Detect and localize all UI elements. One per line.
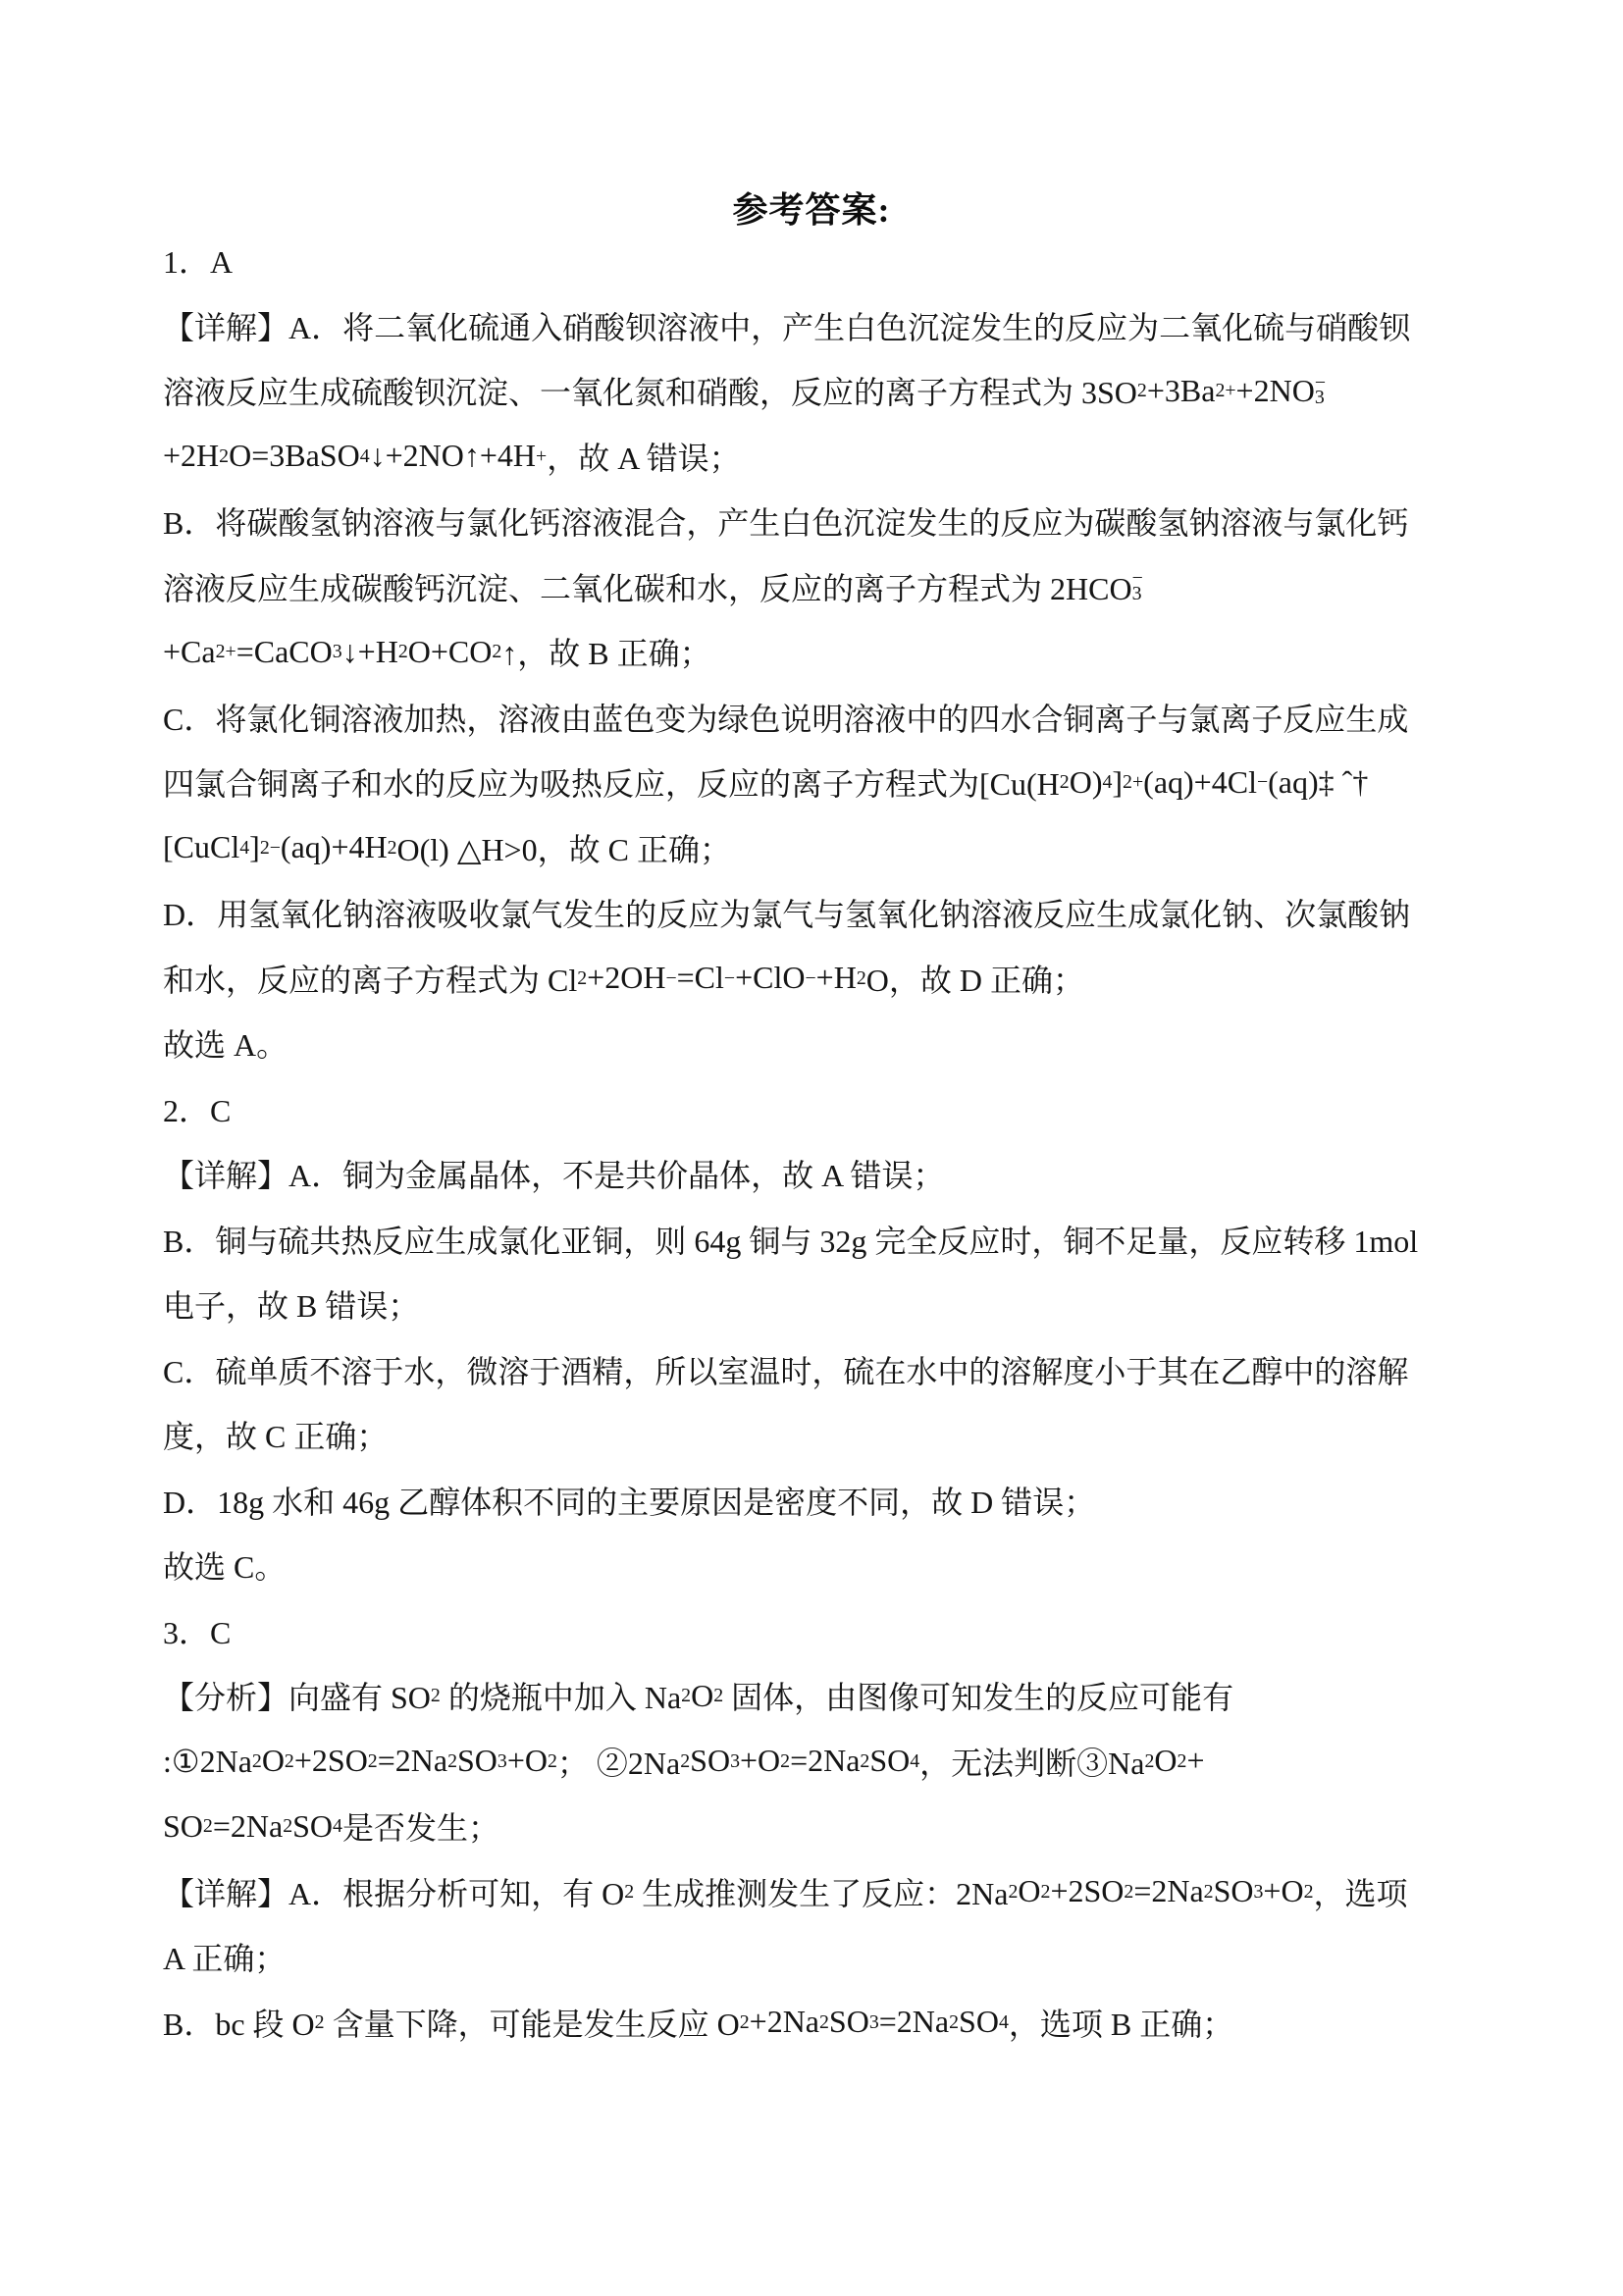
stacked-charge-notation: −3 [1315, 376, 1326, 406]
document-line: 电子，故 B 错误； [163, 1272, 1478, 1337]
document-line: SO2=2Na2SO4是否发生； [163, 1794, 1478, 1859]
document-line: B．bc 段 O2 含量下降，可能是发生反应 O2+2Na2SO3=2Na2SO… [163, 1990, 1478, 2056]
document-line: 【分析】向盛有 SO2 的烧瓶中加入 Na2O2 固体，由图像可知发生的反应可能… [163, 1663, 1478, 1729]
document-line: 故选 A。 [163, 1011, 1478, 1076]
document-line: C．将氯化铜溶液加热，溶液由蓝色变为绿色说明溶液中的四水合铜离子与氯离子反应生成 [163, 685, 1478, 751]
document-line: B．铜与硫共热反应生成氯化亚铜，则 64g 铜与 32g 完全反应时，铜不足量，… [163, 1207, 1478, 1273]
document-line: 【详解】A．根据分析可知，有 O2 生成推测发生了反应：2Na2O2+2SO2=… [163, 1859, 1478, 1925]
page-title: 参考答案: [0, 183, 1623, 233]
document-line: D．18g 水和 46g 乙醇体积不同的主要原因是密度不同，故 D 错误； [163, 1468, 1478, 1534]
document-line: [CuCl4]2−(aq)+4H2O(l) △H>0，故 C 正确； [163, 815, 1478, 881]
document-line: 1．A [163, 228, 1478, 293]
document-line: A 正确； [163, 1924, 1478, 1990]
document-line: C．硫单质不溶于水，微溶于酒精，所以室温时，硫在水中的溶解度小于其在乙醇中的溶解 [163, 1337, 1478, 1403]
document-line: 四氯合铜离子和水的反应为吸热反应，反应的离子方程式为[Cu(H2O)4]2+(a… [163, 750, 1478, 815]
document-line: 溶液反应生成碳酸钙沉淀、二氧化碳和水，反应的离子方程式为 2HCO−3 [163, 554, 1478, 620]
document-line: 【详解】A．将二氧化硫通入硝酸钡溶液中，产生白色沉淀发生的反应为二氧化硫与硝酸钡 [163, 293, 1478, 359]
document-line: 2．C [163, 1076, 1478, 1142]
answer-sheet-page: 参考答案: 1．A【详解】A．将二氧化硫通入硝酸钡溶液中，产生白色沉淀发生的反应… [0, 0, 1623, 2296]
document-line: 度，故 C 正确； [163, 1402, 1478, 1468]
document-line: 3．C [163, 1598, 1478, 1664]
document-line: 【详解】A．铜为金属晶体，不是共价晶体，故 A 错误； [163, 1141, 1478, 1207]
document-line: B．将碳酸氢钠溶液与氯化钙溶液混合，产生白色沉淀发生的反应为碳酸氢钠溶液与氯化钙 [163, 489, 1478, 554]
document-line: 和水，反应的离子方程式为 Cl2+2OH−=Cl−+ClO−+H2O，故 D 正… [163, 946, 1478, 1012]
document-line: 故选 C。 [163, 1533, 1478, 1598]
document-line: 溶液反应生成硫酸钡沉淀、一氧化氮和硝酸，反应的离子方程式为 3SO2+3Ba2+… [163, 358, 1478, 424]
document-line: :①2Na2O2+2SO2=2Na2SO3+O2； ②2Na2SO3+O2=2N… [163, 1729, 1478, 1795]
document-line: D．用氢氧化钠溶液吸收氯气发生的反应为氯气与氢氧化钠溶液反应生成氯化钠、次氯酸钠 [163, 880, 1478, 946]
answer-content: 1．A【详解】A．将二氧化硫通入硝酸钡溶液中，产生白色沉淀发生的反应为二氧化硫与… [163, 228, 1478, 2055]
document-line: +Ca2+=CaCO3↓+H2O+CO2↑，故 B 正确； [163, 619, 1478, 685]
stacked-charge-notation: −3 [1132, 571, 1143, 601]
document-line: +2H2O=3BaSO4↓+2NO↑+4H+，故 A 错误； [163, 424, 1478, 490]
